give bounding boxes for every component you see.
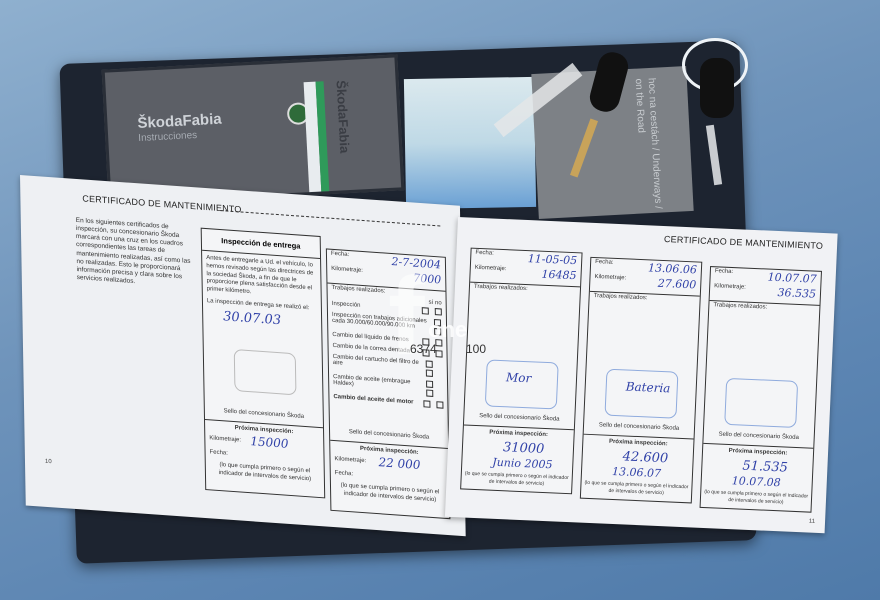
stamp-label: Sello del concesionario Škoda xyxy=(704,431,814,444)
delivery-inspection-box: Inspección de entrega Antes de entregarl… xyxy=(201,228,326,499)
footnote: (lo que se cumpla primero o según el ind… xyxy=(464,471,568,489)
watermark-brand: one xyxy=(428,317,467,343)
next-inspection-title: Próxima inspección: xyxy=(463,428,573,441)
stamp-label: Sello del concesionario Škoda xyxy=(584,422,694,435)
next-date-label: Fecha: xyxy=(335,470,353,479)
dealer-stamp xyxy=(724,378,798,428)
footnote: (lo que se cumpla primero o según el ind… xyxy=(584,480,688,498)
fecha-label: Fecha: xyxy=(595,259,614,273)
signature: Bateria xyxy=(625,379,670,395)
remote-key-fob-icon xyxy=(700,58,734,118)
watermark-number: 6374 xyxy=(410,342,437,356)
service-box: Fecha:13.06.06 Kilometraje:27.600 Trabaj… xyxy=(580,257,702,504)
right-page-header: CERTIFICADO DE MANTENIMIENTO xyxy=(664,234,824,251)
km-label: Kilometraje: xyxy=(209,435,241,445)
fecha-value: 13.06.06 xyxy=(648,261,698,276)
stamp-area xyxy=(234,349,297,395)
watermark-number: 100 xyxy=(466,342,486,356)
works-label: Trabajos realizados: xyxy=(713,302,767,310)
next-date-value: 10.07.08 xyxy=(731,474,781,489)
page-number-right: 11 xyxy=(809,519,815,525)
next-date-value: Junio 2005 xyxy=(492,456,553,472)
checkbox-no[interactable] xyxy=(436,401,443,408)
fecha-value: 11-05-05 xyxy=(528,252,578,267)
date-label: Fecha: xyxy=(210,449,228,458)
checkbox-no[interactable] xyxy=(426,389,433,396)
intro-text: En los siguientes certificados de inspec… xyxy=(76,217,197,290)
footnote: (lo que se cumpla primero o según el ind… xyxy=(704,489,808,507)
service-box: Fecha:10.07.07 Kilometraje:36.535 Trabaj… xyxy=(700,266,822,513)
km-label: Kilometraje: xyxy=(331,266,363,281)
km-value: 36.535 xyxy=(777,286,816,301)
delivery-text: Antes de entregarle a Ud. el vehículo, l… xyxy=(202,251,321,306)
fecha-label: Fecha: xyxy=(331,251,350,265)
signature: Mor xyxy=(506,370,532,385)
left-page-header: CERTIFICADO DE MANTENIMIENTO xyxy=(82,193,241,214)
footnote: (lo que se cumpla primero o según el ind… xyxy=(335,482,445,505)
right-page: CERTIFICADO DE MANTENIMIENTO Fecha:11-05… xyxy=(445,217,838,533)
next-km-value: 15000 xyxy=(250,434,288,451)
next-km-value: 51.535 xyxy=(742,459,788,476)
next-date-value: 13.06.07 xyxy=(612,465,662,480)
checkbox-yes[interactable] xyxy=(426,380,433,387)
works-label: Trabajos realizados: xyxy=(594,293,648,301)
header-rule xyxy=(220,210,440,226)
km-value: 16485 xyxy=(541,268,577,283)
fecha-value: 10.07.07 xyxy=(767,271,817,286)
manual-subtitle: Instrucciones xyxy=(138,130,197,144)
next-km-value: 42.600 xyxy=(622,449,668,466)
footnote: (lo que cumpla primero o según el indica… xyxy=(210,461,320,484)
km-value: 27.600 xyxy=(658,277,697,292)
page-number-left: 10 xyxy=(45,459,52,465)
next-inspection-title: Próxima inspección: xyxy=(703,447,813,460)
stamp-label: Sello del concesionario Škoda xyxy=(464,412,574,425)
checkbox-yes[interactable] xyxy=(423,400,430,407)
manual-title: ŠkodaFabia xyxy=(137,111,222,132)
next-km-value: 31000 xyxy=(503,440,545,457)
work-item: Inspección xyxy=(332,301,361,312)
next-inspection-title: Próxima inspección: xyxy=(583,438,693,451)
fecha-label: Fecha: xyxy=(714,268,733,282)
manual-side-title: ŠkodaFabia xyxy=(334,80,353,154)
next-km-value: 22 000 xyxy=(378,455,420,472)
km-label: Kilometraje: xyxy=(594,274,626,288)
next-km-label: Kilometraje: xyxy=(334,456,366,466)
km-label: Kilometraje: xyxy=(714,283,746,297)
